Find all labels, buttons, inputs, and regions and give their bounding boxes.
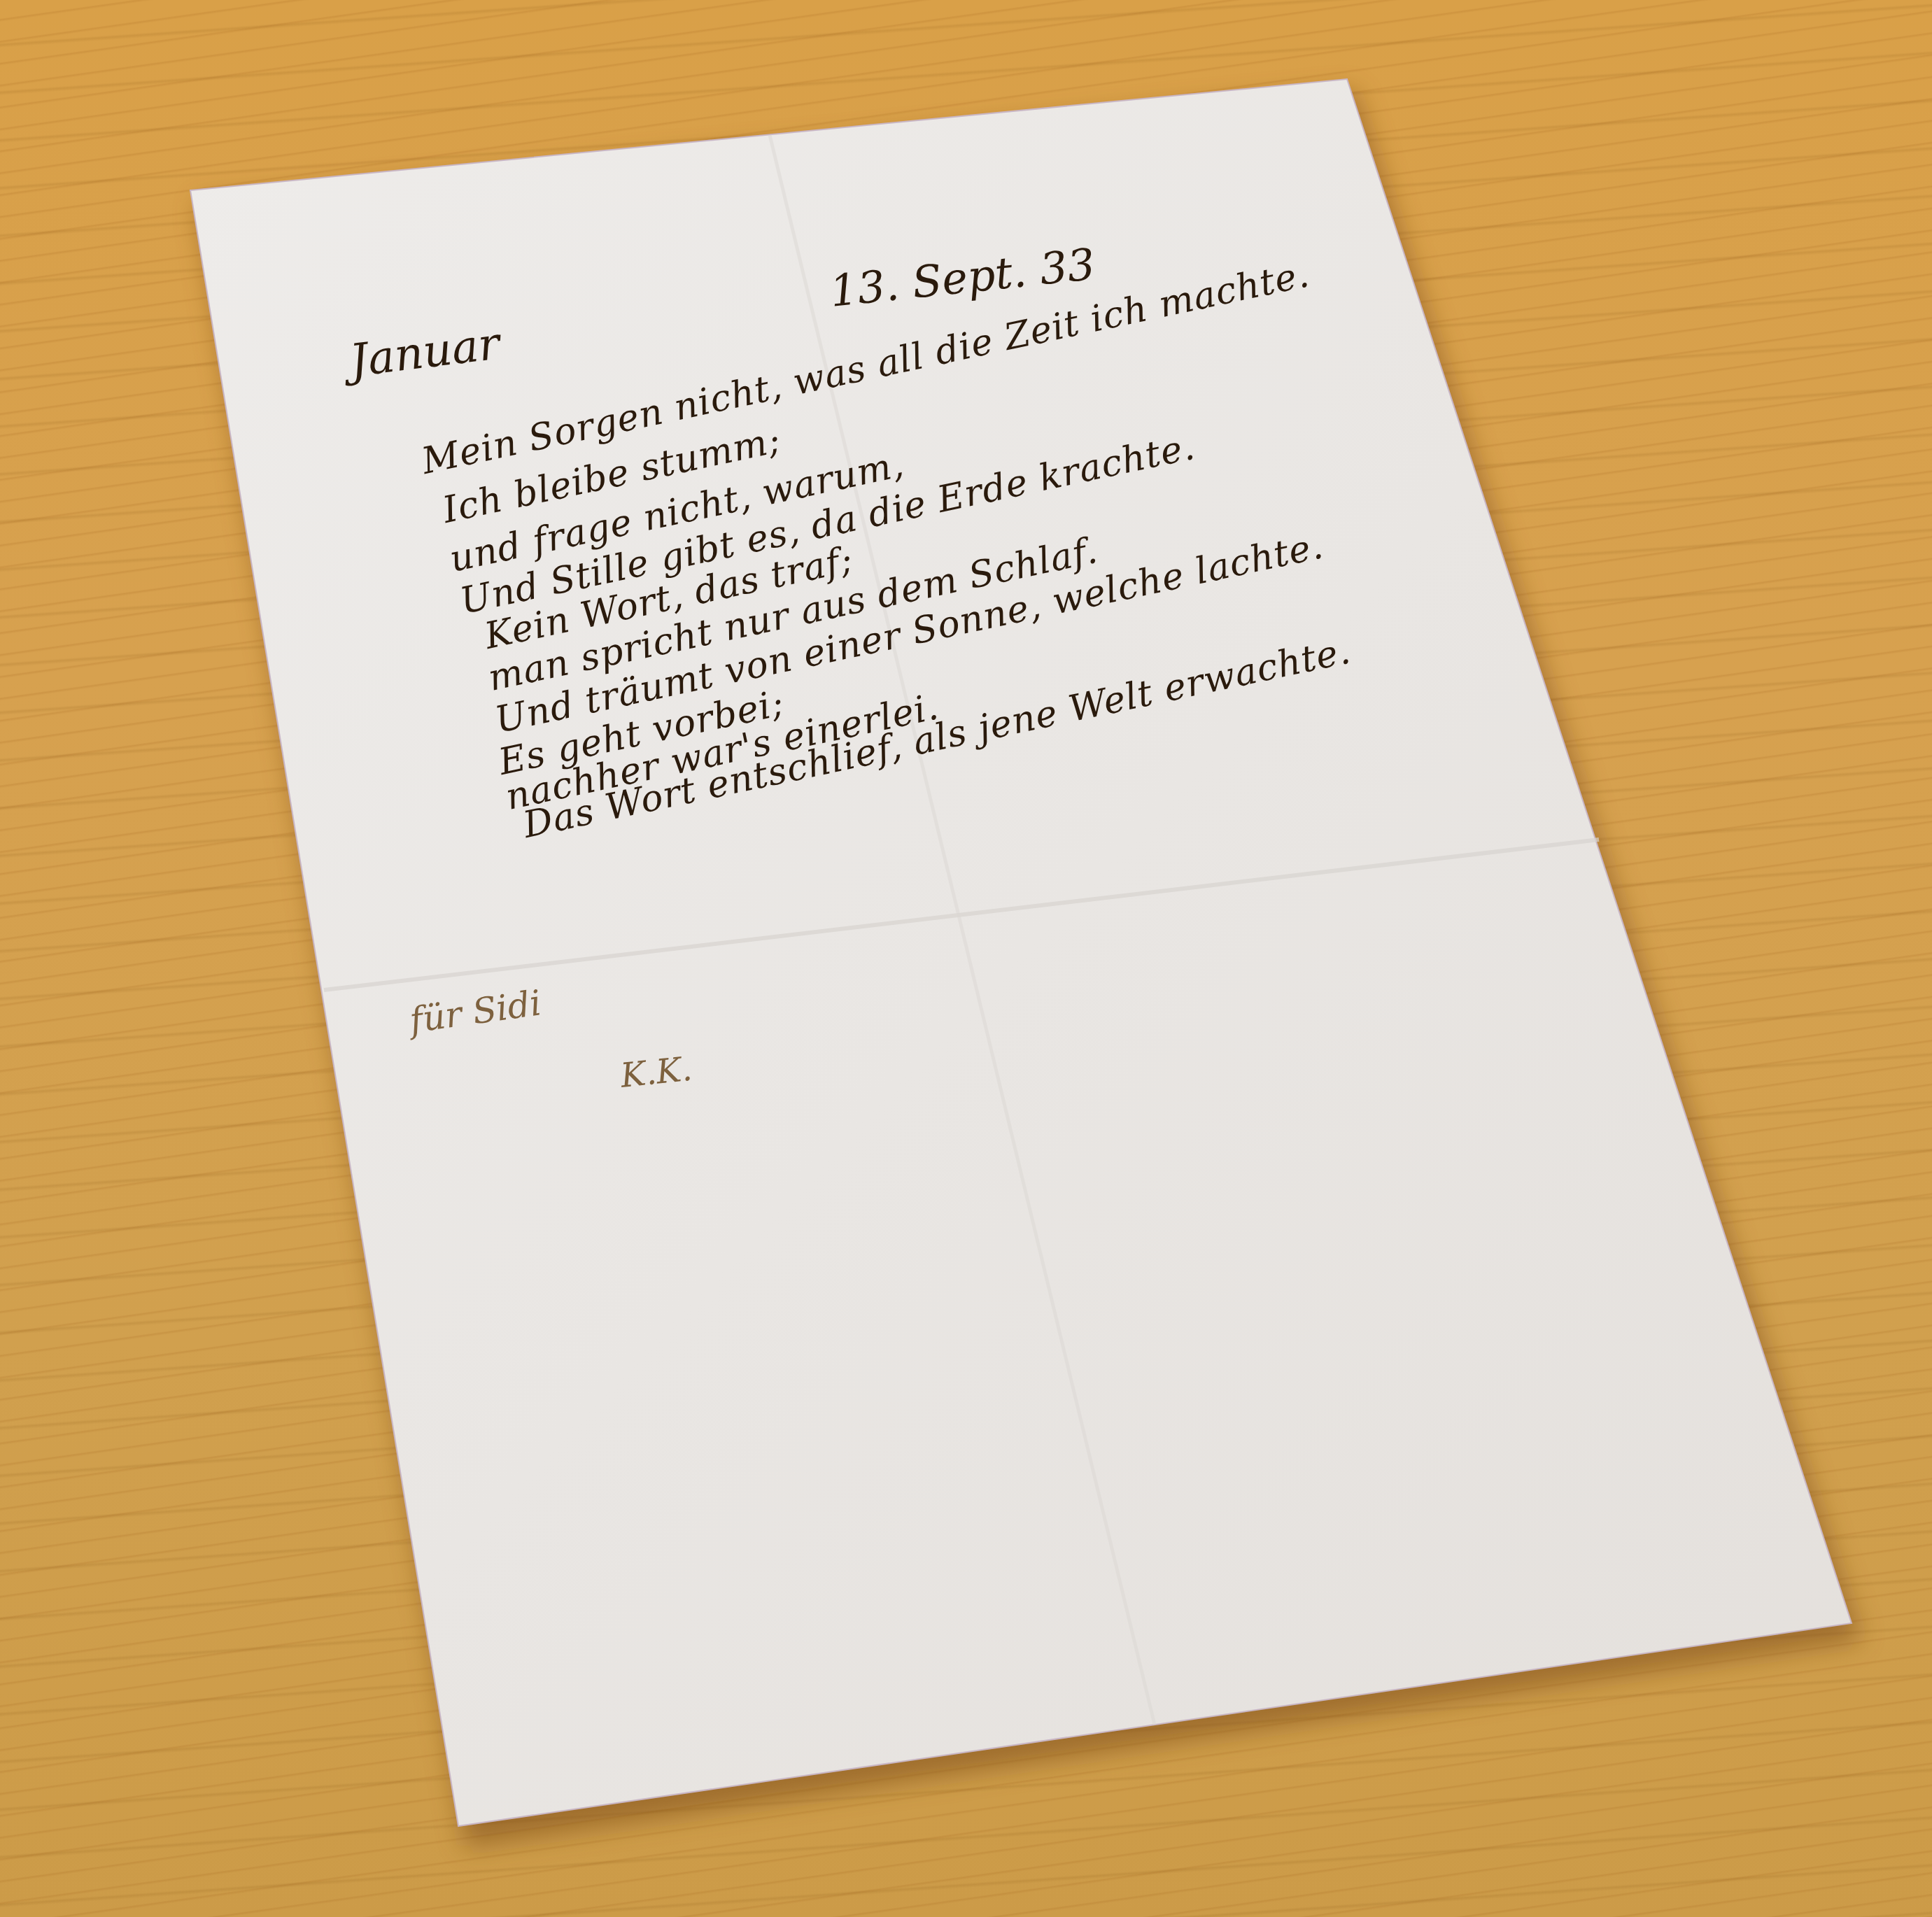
photo-scene: 13. Sept. 33 Januar Mein Sorgen nicht, w… <box>0 0 1932 1917</box>
letter-signature: K.K. <box>619 1049 694 1096</box>
